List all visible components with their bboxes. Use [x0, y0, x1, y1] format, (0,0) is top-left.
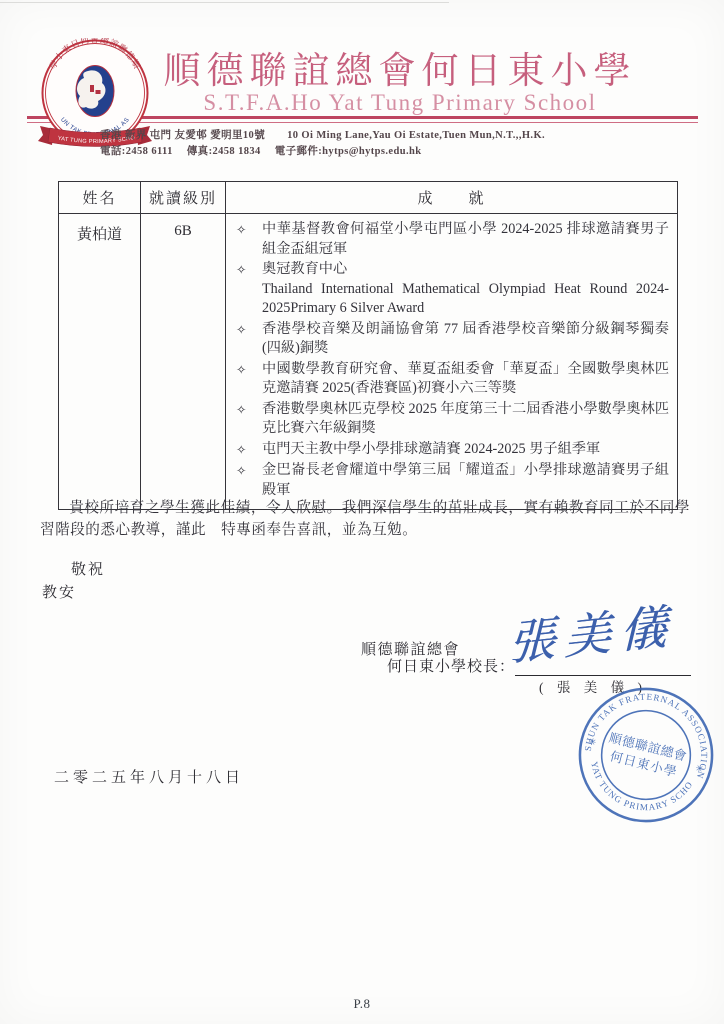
school-stamp: SHUN TAK FRATERNAL ASSOCIATION HO YAT TU…	[562, 671, 724, 838]
achievements-table: 姓名 就讀級別 成 就 黃柏道 6B ✧中華基督教會何福堂小學屯門區小學 202…	[58, 181, 678, 510]
email-label: 電子郵件:hytps@hytps.edu.hk	[275, 146, 422, 157]
achievement-item: ✧香港學校音樂及朗誦協會第 77 屆香港學校音樂節分級鋼琴獨奏(四級)銅獎	[232, 320, 669, 359]
diamond-bullet-icon: ✧	[232, 440, 262, 461]
school-name-chinese: 順德聯誼總會何日東小學	[152, 40, 648, 94]
diamond-bullet-icon: ✧	[232, 461, 262, 500]
address-english: 10 Oi Ming Lane,Yau Oi Estate,Tuen Mun,N…	[287, 130, 545, 141]
student-name: 黃柏道	[59, 214, 141, 509]
diamond-bullet-icon: ✧	[232, 220, 262, 259]
achievement-text: 香港數學奧林匹克學校 2025 年度第三十二屆香港小學數學奧林匹克比賽六年級銅獎	[262, 400, 669, 439]
diamond-bullet-icon: ✧	[232, 360, 262, 399]
achievement-text: 屯門天主教中學小學排球邀請賽 2024-2025 男子組季軍	[262, 440, 669, 461]
achievement-item: ✧奧冠教育中心Thailand International Mathematic…	[232, 260, 669, 319]
stamp-star-left-icon: ✳	[587, 737, 597, 749]
achievement-text: 中國數學教育研究會、華夏盃組委會「華夏盃」全國數學奧林匹克邀請賽 2025(香港…	[262, 360, 669, 399]
contact-line: 電話:2458 6111傳真:2458 1834電子郵件:hytps@hytps…	[100, 144, 700, 160]
achievement-item: ✧中國數學教育研究會、華夏盃組委會「華夏盃」全國數學奧林匹克邀請賽 2025(香…	[232, 360, 669, 399]
letter-page: 學小東日何會總誼聯德順 SHUN TAK FRATERNAL ASSN HO Y…	[0, 0, 724, 1024]
table-row: 黃柏道 6B ✧中華基督教會何福堂小學屯門區小學 2024-2025 排球邀請賽…	[59, 214, 677, 509]
scan-artifact	[0, 2, 449, 3]
phone-label: 電話:2458 6111	[100, 146, 173, 157]
achievement-item: ✧中華基督教會何福堂小學屯門區小學 2024-2025 排球邀請賽男子組金盃組冠…	[232, 220, 669, 259]
diamond-bullet-icon: ✧	[232, 260, 262, 319]
achievement-text: 金巴崙長老會耀道中學第三屆「耀道盃」小學排球邀請賽男子組殿軍	[262, 461, 669, 500]
column-header-achievement: 成 就	[226, 182, 677, 213]
school-stamp-icon: SHUN TAK FRATERNAL ASSOCIATION HO YAT TU…	[562, 671, 724, 838]
achievement-text: 中華基督教會何福堂小學屯門區小學 2024-2025 排球邀請賽男子組金盃組冠軍	[262, 220, 669, 259]
closing-salutation: 敬祝	[71, 558, 105, 579]
signature-role-label: 何日東小學校長：	[387, 655, 515, 676]
school-name-english: S.T.F.A.Ho Yat Tung Primary School	[152, 90, 648, 116]
letter-date: 二零二五年八月十八日	[54, 766, 244, 787]
fax-label: 傳真:2458 1834	[187, 146, 261, 157]
student-grade: 6B	[141, 214, 226, 509]
address-chinese: 香港 新界 屯門 友愛邨 愛明里10號	[100, 130, 265, 141]
table-header-row: 姓名 就讀級別 成 就	[59, 182, 677, 214]
achievement-item: ✧香港數學奧林匹克學校 2025 年度第三十二屆香港小學數學奧林匹克比賽六年級銅…	[232, 400, 669, 439]
diamond-bullet-icon: ✧	[232, 400, 262, 439]
achievement-item: ✧屯門天主教中學小學排球邀請賽 2024-2025 男子組季軍	[232, 440, 669, 461]
school-address-block: 香港 新界 屯門 友愛邨 愛明里10號10 Oi Ming Lane,Yau O…	[100, 128, 700, 160]
achievement-item: ✧金巴崙長老會耀道中學第三屆「耀道盃」小學排球邀請賽男子組殿軍	[232, 461, 669, 500]
column-header-name: 姓名	[59, 182, 141, 213]
diamond-bullet-icon: ✧	[232, 320, 262, 359]
closing-wish: 教安	[42, 581, 76, 602]
achievements-list: ✧中華基督教會何福堂小學屯門區小學 2024-2025 排球邀請賽男子組金盃組冠…	[226, 214, 677, 509]
page-number: P.8	[0, 996, 724, 1012]
achievement-text: 奧冠教育中心Thailand International Mathematica…	[262, 260, 669, 319]
address-line: 香港 新界 屯門 友愛邨 愛明里10號10 Oi Ming Lane,Yau O…	[100, 128, 700, 144]
column-header-grade: 就讀級別	[141, 182, 226, 213]
achievement-text: 香港學校音樂及朗誦協會第 77 屆香港學校音樂節分級鋼琴獨奏(四級)銅獎	[262, 320, 669, 359]
